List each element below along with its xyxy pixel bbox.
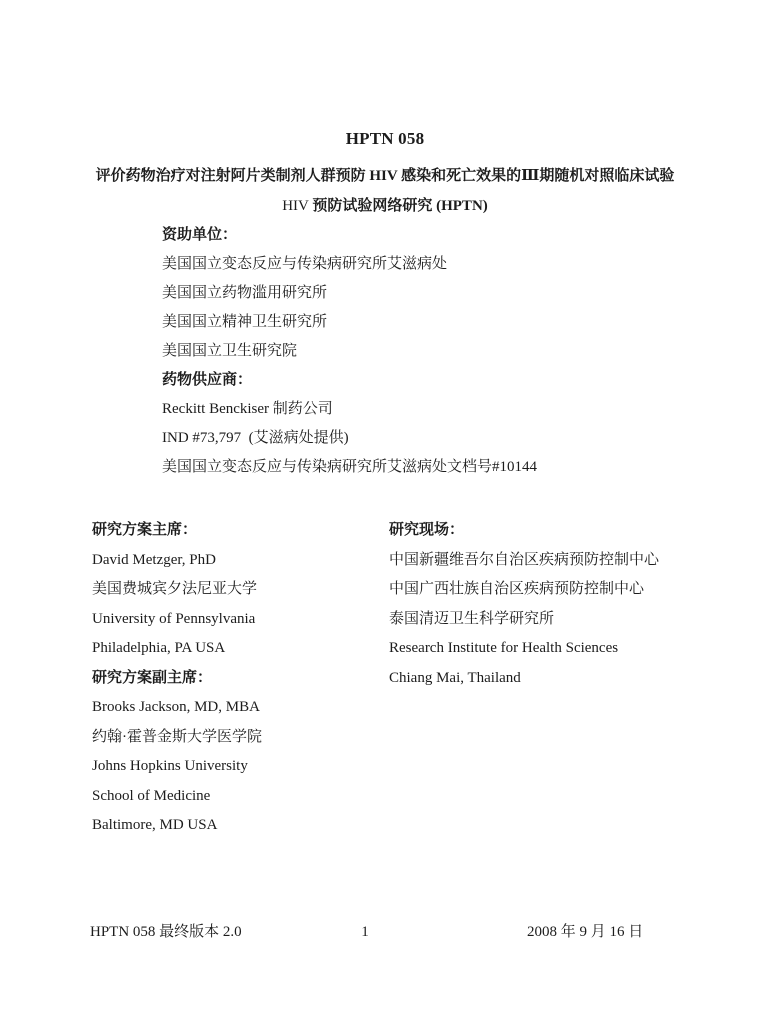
footer-version: HPTN 058 最终版本 2.0 (90, 918, 242, 947)
study-site-line: Chiang Mai, Thailand (389, 664, 659, 694)
sponsor-item: 美国国立变态反应与传染病研究所艾滋病处 (162, 250, 537, 279)
document-title: HPTN 058 (0, 129, 770, 149)
drug-supplier-item: 美国国立变态反应与传染病研究所艾滋病处文档号#10144 (162, 453, 537, 482)
drug-supplier-item: IND #73,797 (艾滋病处提供) (162, 424, 537, 453)
study-sites-heading: 研究现场： (389, 516, 659, 546)
protocol-co-chair-line: Johns Hopkins University (92, 752, 262, 782)
protocol-co-chair-line: Brooks Jackson, MD, MBA (92, 693, 262, 723)
network-study-title-rest: 预防试验网络研究 (HPTN) (312, 198, 487, 214)
drug-supplier-item: Reckitt Benckiser 制药公司 (162, 395, 537, 424)
network-study-title-hiv: HIV (282, 198, 312, 214)
study-site-line: 泰国清迈卫生科学研究所 (389, 605, 659, 635)
network-study-title: HIV 预防试验网络研究 (HPTN) (0, 194, 770, 215)
study-site-line: Research Institute for Health Sciences (389, 634, 659, 664)
study-sites-column: 研究现场： 中国新疆维吾尔自治区疾病预防控制中心 中国广西壮族自治区疾病预防控制… (389, 516, 659, 693)
sponsor-block: 资助单位： 美国国立变态反应与传染病研究所艾滋病处 美国国立药物滥用研究所 美国… (162, 221, 537, 482)
protocol-chair-line: 美国费城宾夕法尼亚大学 (92, 575, 262, 605)
footer-page-number: 1 (300, 918, 430, 947)
protocol-co-chair-heading: 研究方案副主席： (92, 664, 262, 694)
protocol-co-chair-line: 约翰·霍普金斯大学医学院 (92, 723, 262, 753)
protocol-co-chair-line: School of Medicine (92, 782, 262, 812)
protocol-chair-heading: 研究方案主席： (92, 516, 262, 546)
protocol-chair-line: University of Pennsylvania (92, 605, 262, 635)
protocol-chair-line: David Metzger, PhD (92, 546, 262, 576)
protocol-chair-line: Philadelphia, PA USA (92, 634, 262, 664)
protocol-co-chair-line: Baltimore, MD USA (92, 811, 262, 841)
footer-date: 2008 年 9 月 16 日 (527, 918, 643, 947)
study-site-line: 中国广西壮族自治区疾病预防控制中心 (389, 575, 659, 605)
document-subtitle: 评价药物治疗对注射阿片类制剂人群预防 HIV 感染和死亡效果的Ⅲ期随机对照临床试… (0, 164, 770, 185)
sponsor-item: 美国国立精神卫生研究所 (162, 308, 537, 337)
study-site-line: 中国新疆维吾尔自治区疾病预防控制中心 (389, 546, 659, 576)
sponsor-item: 美国国立卫生研究院 (162, 337, 537, 366)
protocol-chairs-column: 研究方案主席： David Metzger, PhD 美国费城宾夕法尼亚大学 U… (92, 516, 262, 841)
sponsor-item: 美国国立药物滥用研究所 (162, 279, 537, 308)
drug-supplier-heading: 药物供应商： (162, 366, 537, 395)
sponsor-heading: 资助单位： (162, 221, 537, 250)
document-page: HPTN 058 评价药物治疗对注射阿片类制剂人群预防 HIV 感染和死亡效果的… (0, 0, 770, 1024)
